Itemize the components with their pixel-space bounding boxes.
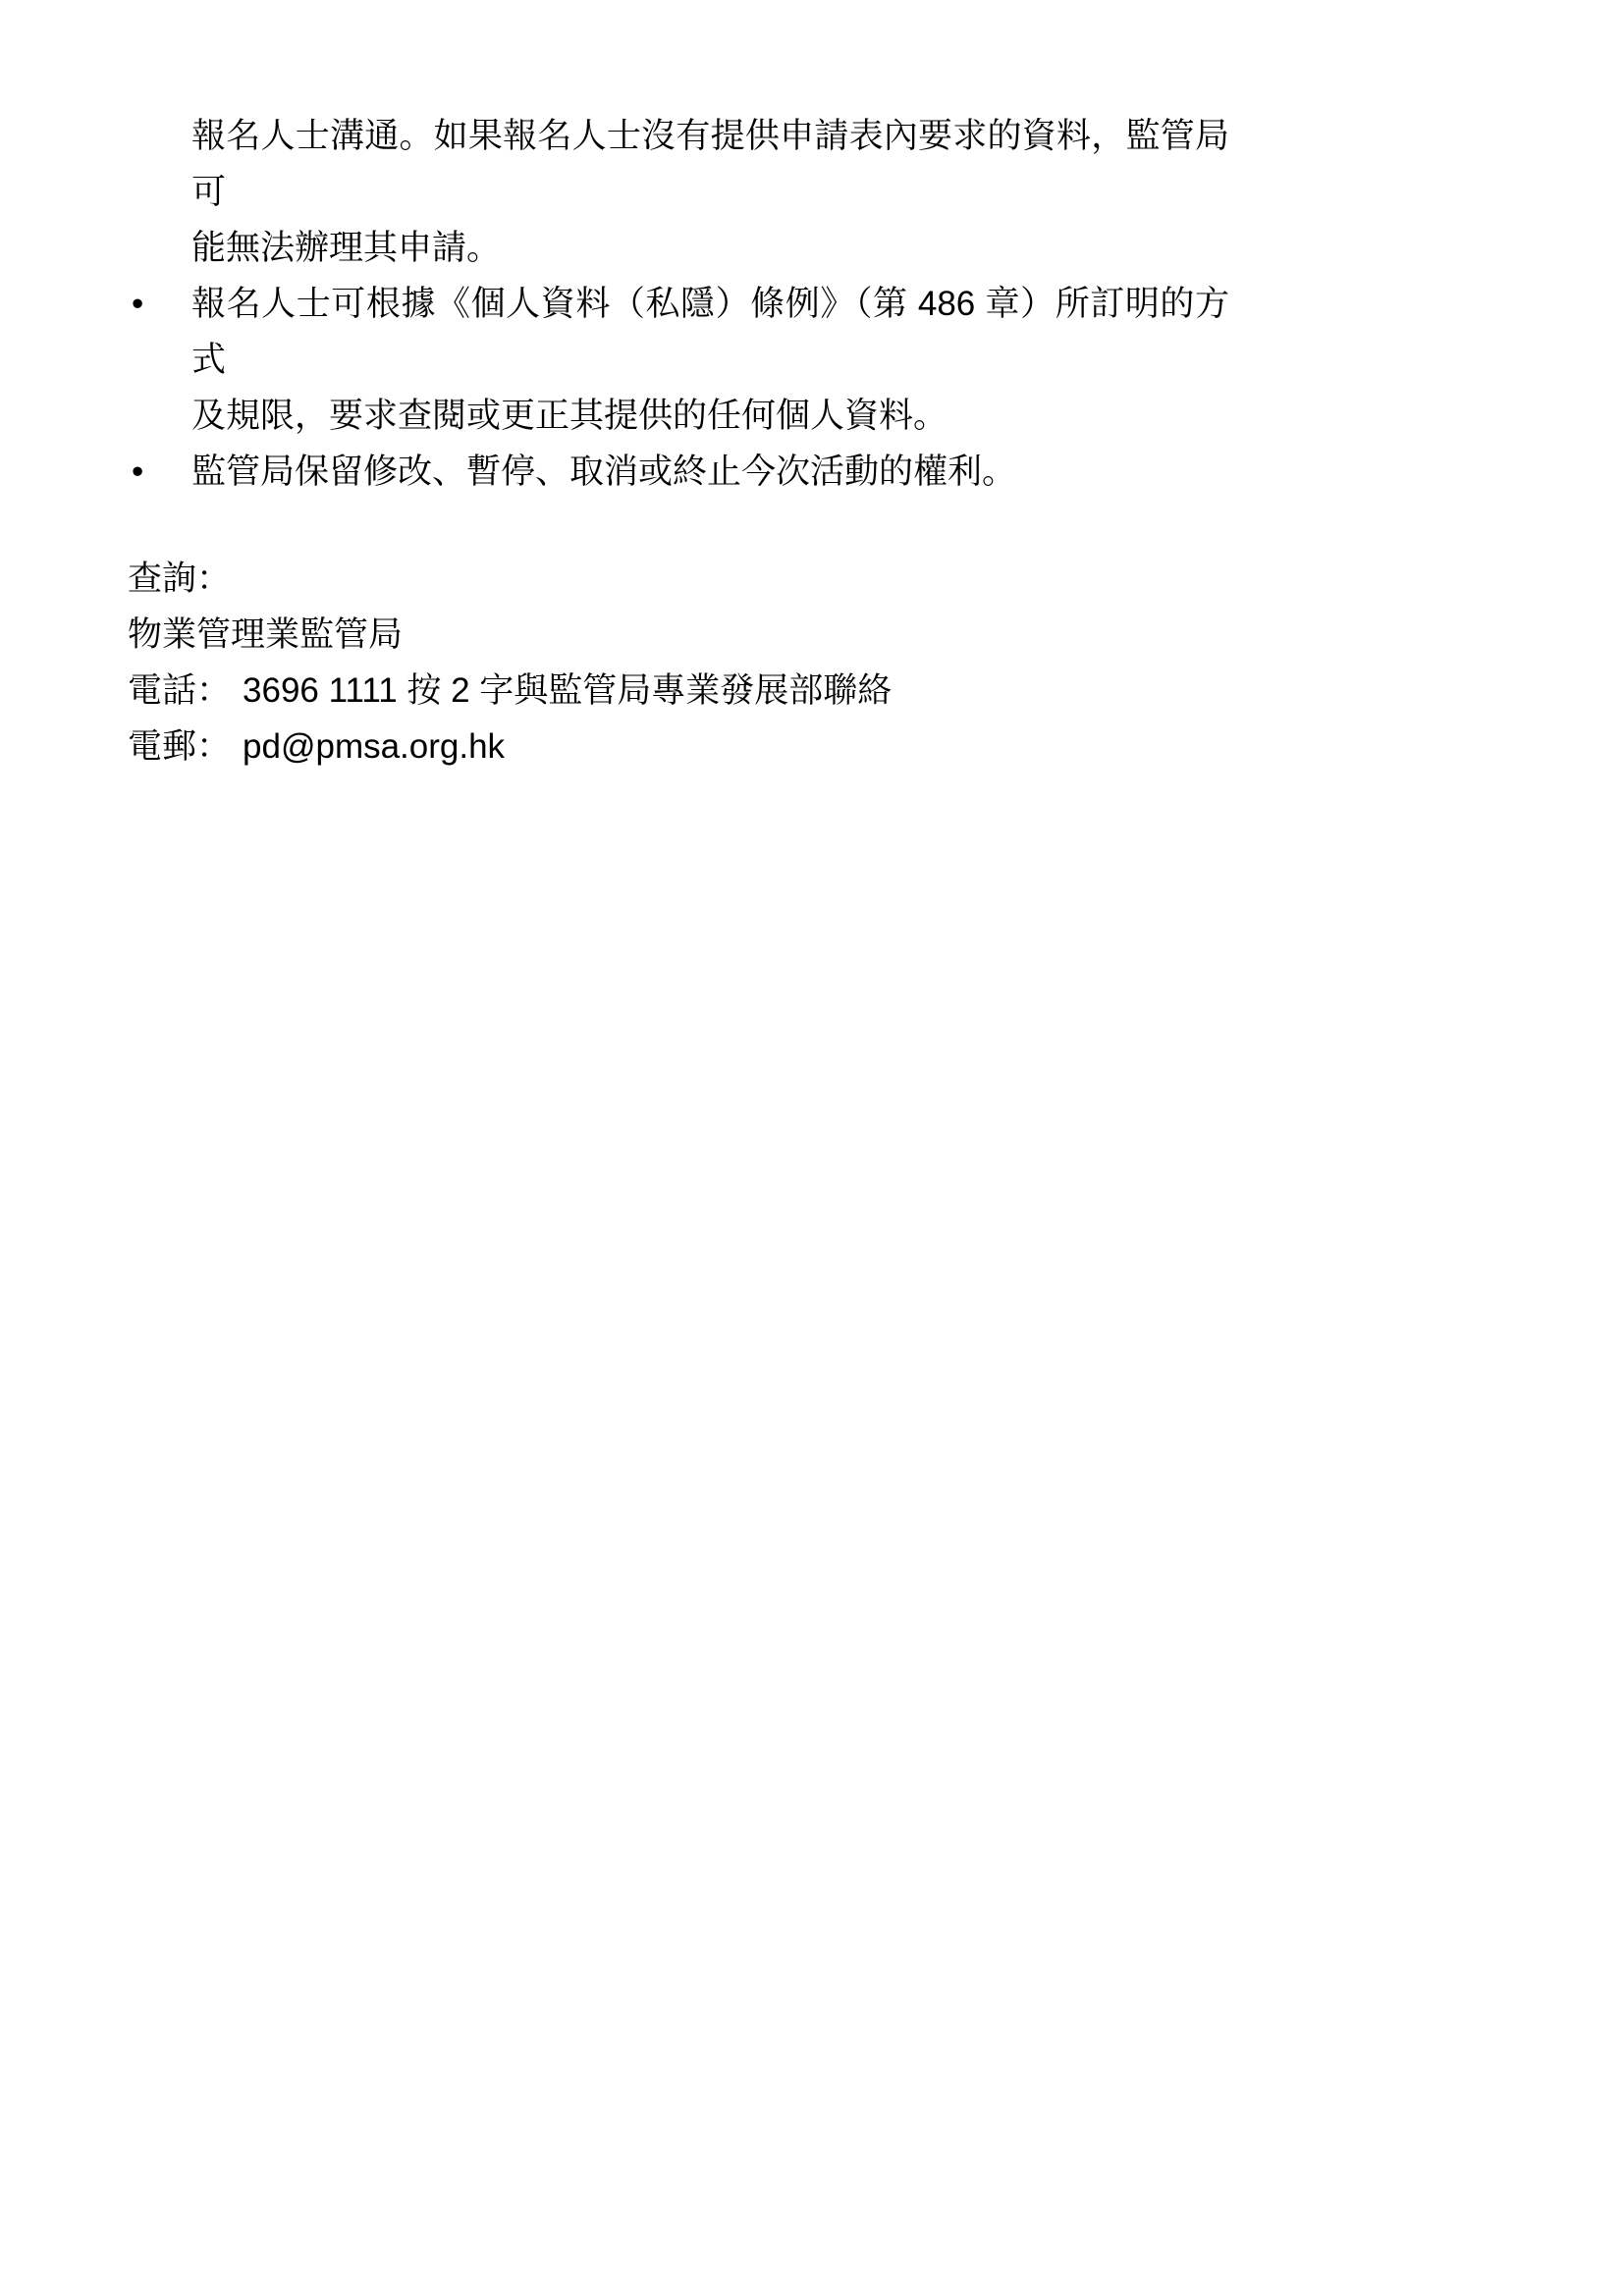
phone-value: 3696 1111 按 2 字與監管局專業發展部聯絡 (243, 671, 892, 710)
list-item: • 報名人士可根據《個人資料（私隱）條例》（第 486 章）所訂明的方式 及規限… (128, 276, 1232, 444)
email-line: 電郵：pd@pmsa.org.hk (128, 719, 1232, 774)
body-text: 報名人士溝通。如果報名人士沒有提供申請表內要求的資料，監管局可 能無法辦理其申請… (128, 108, 1232, 774)
list-item-line: 報名人士溝通。如果報名人士沒有提供申請表內要求的資料，監管局可 (191, 108, 1229, 220)
contact-block: 查詢： 物業管理業監管局 電話：3696 1111 按 2 字與監管局專業發展部… (128, 551, 1232, 774)
list-item-line: 及規限，要求查閱或更正其提供的任何個人資料。 (191, 388, 1232, 444)
bullet-icon: • (132, 276, 171, 332)
list-item-line: 能無法辦理其申請。 (191, 220, 1232, 276)
email-label: 電郵： (128, 727, 231, 766)
phone-label: 電話： (128, 671, 231, 710)
list-item: • 監管局保留修改、暫停、取消或終止今次活動的權利。 (128, 444, 1232, 500)
email-value: pd@pmsa.org.hk (243, 727, 505, 766)
phone-line: 電話：3696 1111 按 2 字與監管局專業發展部聯絡 (128, 663, 1232, 719)
bullet-icon: • (132, 444, 171, 500)
list-item: 報名人士溝通。如果報名人士沒有提供申請表內要求的資料，監管局可 能無法辦理其申請… (128, 108, 1232, 276)
inquiry-heading: 查詢： (128, 551, 1232, 607)
organization-name: 物業管理業監管局 (128, 607, 1232, 663)
list-item-line: 報名人士可根據《個人資料（私隱）條例》（第 486 章）所訂明的方式 (191, 276, 1229, 388)
list-item-line: 監管局保留修改、暫停、取消或終止今次活動的權利。 (191, 444, 1232, 500)
document-page: 報名人士溝通。如果報名人士沒有提供申請表內要求的資料，監管局可 能無法辦理其申請… (0, 0, 1624, 2296)
